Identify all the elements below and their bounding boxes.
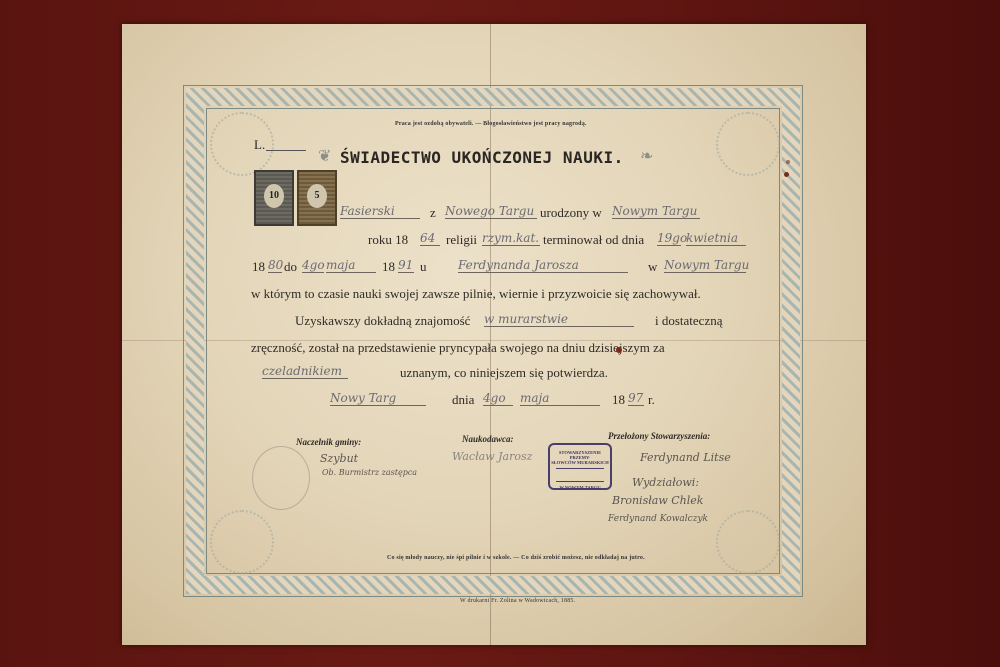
top-motto: Praca jest ozdobą obywateli. — Błogosław… bbox=[395, 121, 587, 127]
handwritten-issue-day: 4go bbox=[483, 391, 513, 406]
handwritten-place: Nowym Targu bbox=[664, 258, 746, 273]
text-u-label: u bbox=[420, 259, 427, 275]
text-knowledge-suffix: i dostateczną bbox=[655, 313, 723, 329]
mayor-signature: Szybut bbox=[320, 452, 358, 465]
text-to-year-prefix: 18 bbox=[382, 259, 395, 275]
revenue-stamp-10: 10 bbox=[254, 170, 294, 226]
text-w-label: w bbox=[648, 259, 657, 275]
handwritten-name: Fasierski bbox=[340, 204, 420, 219]
text-to-label: do bbox=[284, 259, 297, 275]
handwritten-religion: rzym.kat. bbox=[482, 231, 540, 246]
number-line bbox=[266, 150, 306, 151]
committee-signature-1: Bronisław Chlek bbox=[612, 494, 703, 507]
ink-spot bbox=[786, 160, 790, 164]
text-born-label: urodzony w bbox=[540, 205, 602, 221]
text-day-label: dnia bbox=[452, 392, 474, 408]
text-z: z bbox=[430, 205, 436, 221]
handwritten-year-from: 80 bbox=[268, 258, 282, 273]
committee-signature-2: Ferdynand Kowalczyk bbox=[608, 514, 708, 524]
association-signature: Ferdynand Litse bbox=[640, 451, 731, 464]
corner-ornament-icon bbox=[210, 510, 274, 574]
handwritten-born-place: Nowym Targu bbox=[612, 204, 700, 219]
master-signature: Wacław Jarosz bbox=[452, 450, 532, 463]
text-confirmation: uznanym, co niniejszem się potwierdza. bbox=[400, 365, 608, 381]
ink-stamp-line2: SŁOWCÓW MURARSKICH bbox=[550, 460, 610, 465]
master-label: Naukodawca: bbox=[462, 434, 514, 444]
ink-spot bbox=[616, 347, 622, 353]
ink-spot bbox=[784, 172, 789, 177]
handwritten-from-day: 19go bbox=[657, 231, 681, 246]
text-year-prefix: 18 bbox=[252, 259, 265, 275]
ink-stamp-line3: W NOWYM TARGU bbox=[550, 485, 610, 490]
text-presentation: zręczność, został na przedstawienie pryn… bbox=[251, 340, 665, 356]
text-year-suffix: r. bbox=[648, 392, 655, 408]
text-knowledge-prefix: Uzyskawszy dokładną znajomość bbox=[295, 313, 470, 329]
corner-ornament-icon bbox=[716, 112, 780, 176]
handwritten-origin: Nowego Targu bbox=[445, 204, 537, 219]
committee-label: Wydziałowi: bbox=[632, 476, 699, 489]
handwritten-master: Ferdynanda Jarosza bbox=[458, 258, 628, 273]
mayor-note: Ob. Burmistrz zastępca bbox=[322, 468, 417, 477]
text-term-label: terminował od dnia bbox=[543, 232, 644, 248]
ink-stamp-line1: STOWARZYSZENIE PRZEMY- bbox=[550, 450, 610, 460]
handwritten-birth-year: 64 bbox=[420, 231, 440, 246]
text-religion-label: religii bbox=[446, 232, 477, 248]
handwritten-issue-place: Nowy Targ bbox=[330, 391, 426, 406]
scroll-ornament-icon: ❦ bbox=[318, 146, 331, 166]
handwritten-from-month: kwietnia bbox=[686, 231, 746, 246]
handwritten-issue-year: 97 bbox=[628, 391, 644, 406]
revenue-stamp-5: 5 bbox=[297, 170, 337, 226]
handwritten-rank: czeladnikiem bbox=[262, 364, 348, 379]
corner-ornament-icon bbox=[716, 510, 780, 574]
handwritten-to-year: 91 bbox=[398, 258, 414, 273]
printer-imprint: W drukarni Fr. Zolina w Wadowicach, 1885… bbox=[460, 598, 575, 604]
handwritten-trade: w murarstwie bbox=[484, 312, 634, 327]
stamp-value: 10 bbox=[264, 184, 284, 208]
handwritten-issue-month: maja bbox=[520, 391, 600, 406]
bottom-motto: Co się młody nauczy, nie śpi pilnie i w … bbox=[387, 555, 645, 561]
mayor-label: Naczelnik gminy: bbox=[296, 437, 361, 447]
number-label: L. bbox=[254, 137, 265, 153]
association-label: Przełożony Stowarzyszenia: bbox=[608, 431, 710, 441]
text-behavior: w którym to czasie nauki swojej zawsze p… bbox=[251, 286, 701, 302]
embossed-seal-icon bbox=[252, 446, 310, 510]
handwritten-to-month: maja bbox=[326, 258, 376, 273]
certificate-title: ŚWIADECTWO UKOŃCZONEJ NAUKI. bbox=[340, 148, 624, 167]
text-year-label: roku 18 bbox=[368, 232, 408, 248]
handwritten-to-day: 4go bbox=[302, 258, 324, 273]
stamp-value: 5 bbox=[307, 184, 327, 208]
association-ink-stamp: STOWARZYSZENIE PRZEMY- SŁOWCÓW MURARSKIC… bbox=[548, 443, 612, 490]
text-issue-year-prefix: 18 bbox=[612, 392, 625, 408]
scroll-ornament-icon: ❧ bbox=[640, 146, 653, 166]
